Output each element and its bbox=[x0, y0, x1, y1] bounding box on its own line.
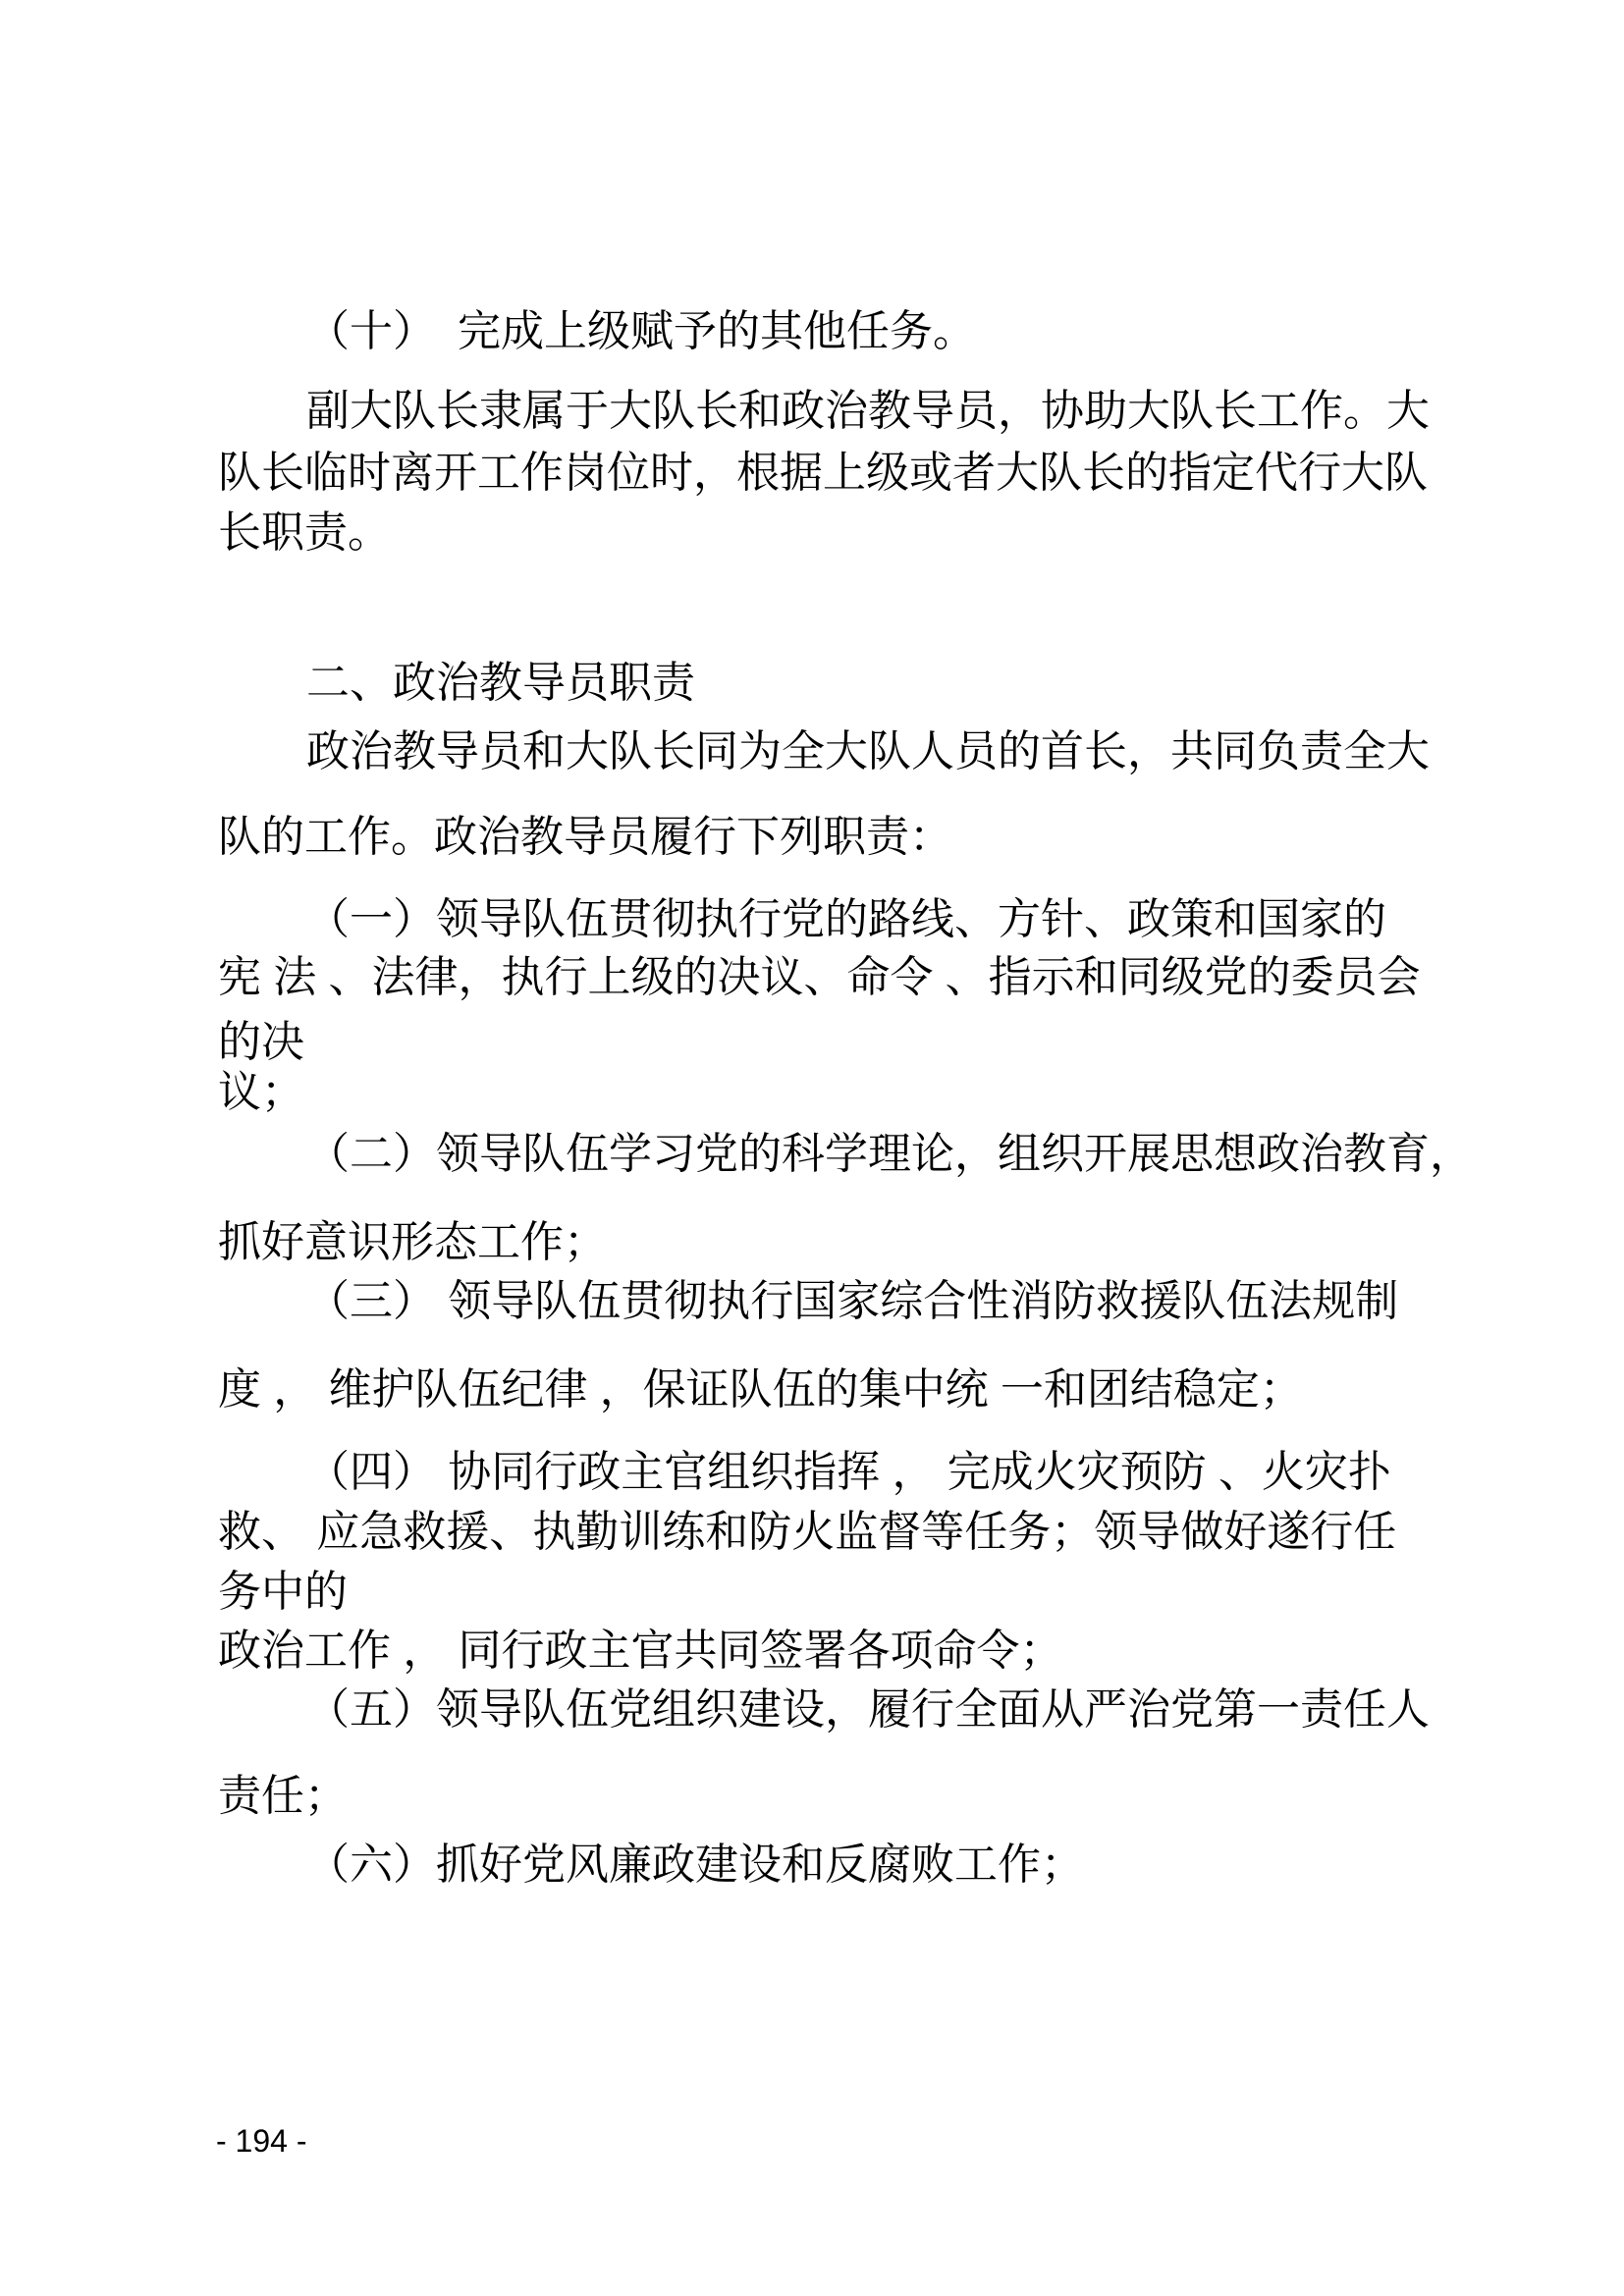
item-three-line-2: 度 ， 维护队伍纪律 ，保证队伍的集中统 一和团结稳定； bbox=[218, 1365, 1303, 1415]
item-two-line-1: （二）领导队伍学习党的科学理论，组织开展思想政治教育， bbox=[306, 1130, 1473, 1179]
item-four-line-2: 救、 应急救援、执勤训练和防火监督等任务；领导做好遂行任 bbox=[218, 1508, 1396, 1557]
para-intro-line-2: 队的工作。政治教导员履行下列职责： bbox=[218, 813, 952, 862]
item-ten-line: （十） 完成上级赋予的其他任务。 bbox=[306, 307, 976, 356]
para-intro-line-1: 政治教导员和大队长同为全大队人员的首长，共同负责全大 bbox=[306, 727, 1430, 776]
item-five-line-2: 责任； bbox=[218, 1772, 348, 1821]
item-five-line-1: （五）领导队伍党组织建设，履行全面从严治党第一责任人 bbox=[306, 1685, 1430, 1735]
section-heading: 二、政治教导员职责 bbox=[306, 659, 695, 708]
item-one-line-4: 议； bbox=[218, 1068, 304, 1117]
item-four-line-3: 务中的 bbox=[218, 1568, 348, 1617]
item-one-line-3: 的决 bbox=[218, 1018, 304, 1067]
para-deputy-commander-line-2: 队长临时离开工作岗位时，根据上级或者大队长的指定代行大队 bbox=[218, 449, 1428, 498]
item-two-line-2: 抓好意识形态工作； bbox=[218, 1218, 607, 1267]
page-number: - 194 - bbox=[216, 2123, 306, 2159]
item-four-line-1: （四） 协同行政主官组织指挥 ， 完成火灾预防 、火灾扑 bbox=[306, 1448, 1391, 1497]
para-deputy-commander-line-3: 长职责。 bbox=[218, 508, 391, 558]
item-three-line-1: （三） 领导队伍贯彻执行国家综合性消防救援队伍法规制 bbox=[306, 1277, 1398, 1326]
item-four-line-4: 政治工作 ， 同行政主官共同签署各项命令； bbox=[218, 1627, 1062, 1676]
item-one-line-1: （一）领导队伍贯彻执行党的路线、方针、政策和国家的 bbox=[306, 895, 1386, 944]
para-deputy-commander-line-1: 副大队长隶属于大队长和政治教导员，协助大队长工作。大 bbox=[306, 387, 1430, 436]
item-six-line: （六）抓好党风廉政建设和反腐败工作； bbox=[306, 1841, 1084, 1890]
document-page: （十） 完成上级赋予的其他任务。 副大队长隶属于大队长和政治教导员，协助大队长工… bbox=[0, 0, 1624, 2296]
item-one-line-2: 宪 法 、法律，执行上级的决议、命令 、指示和同级党的委员会 bbox=[218, 953, 1421, 1002]
